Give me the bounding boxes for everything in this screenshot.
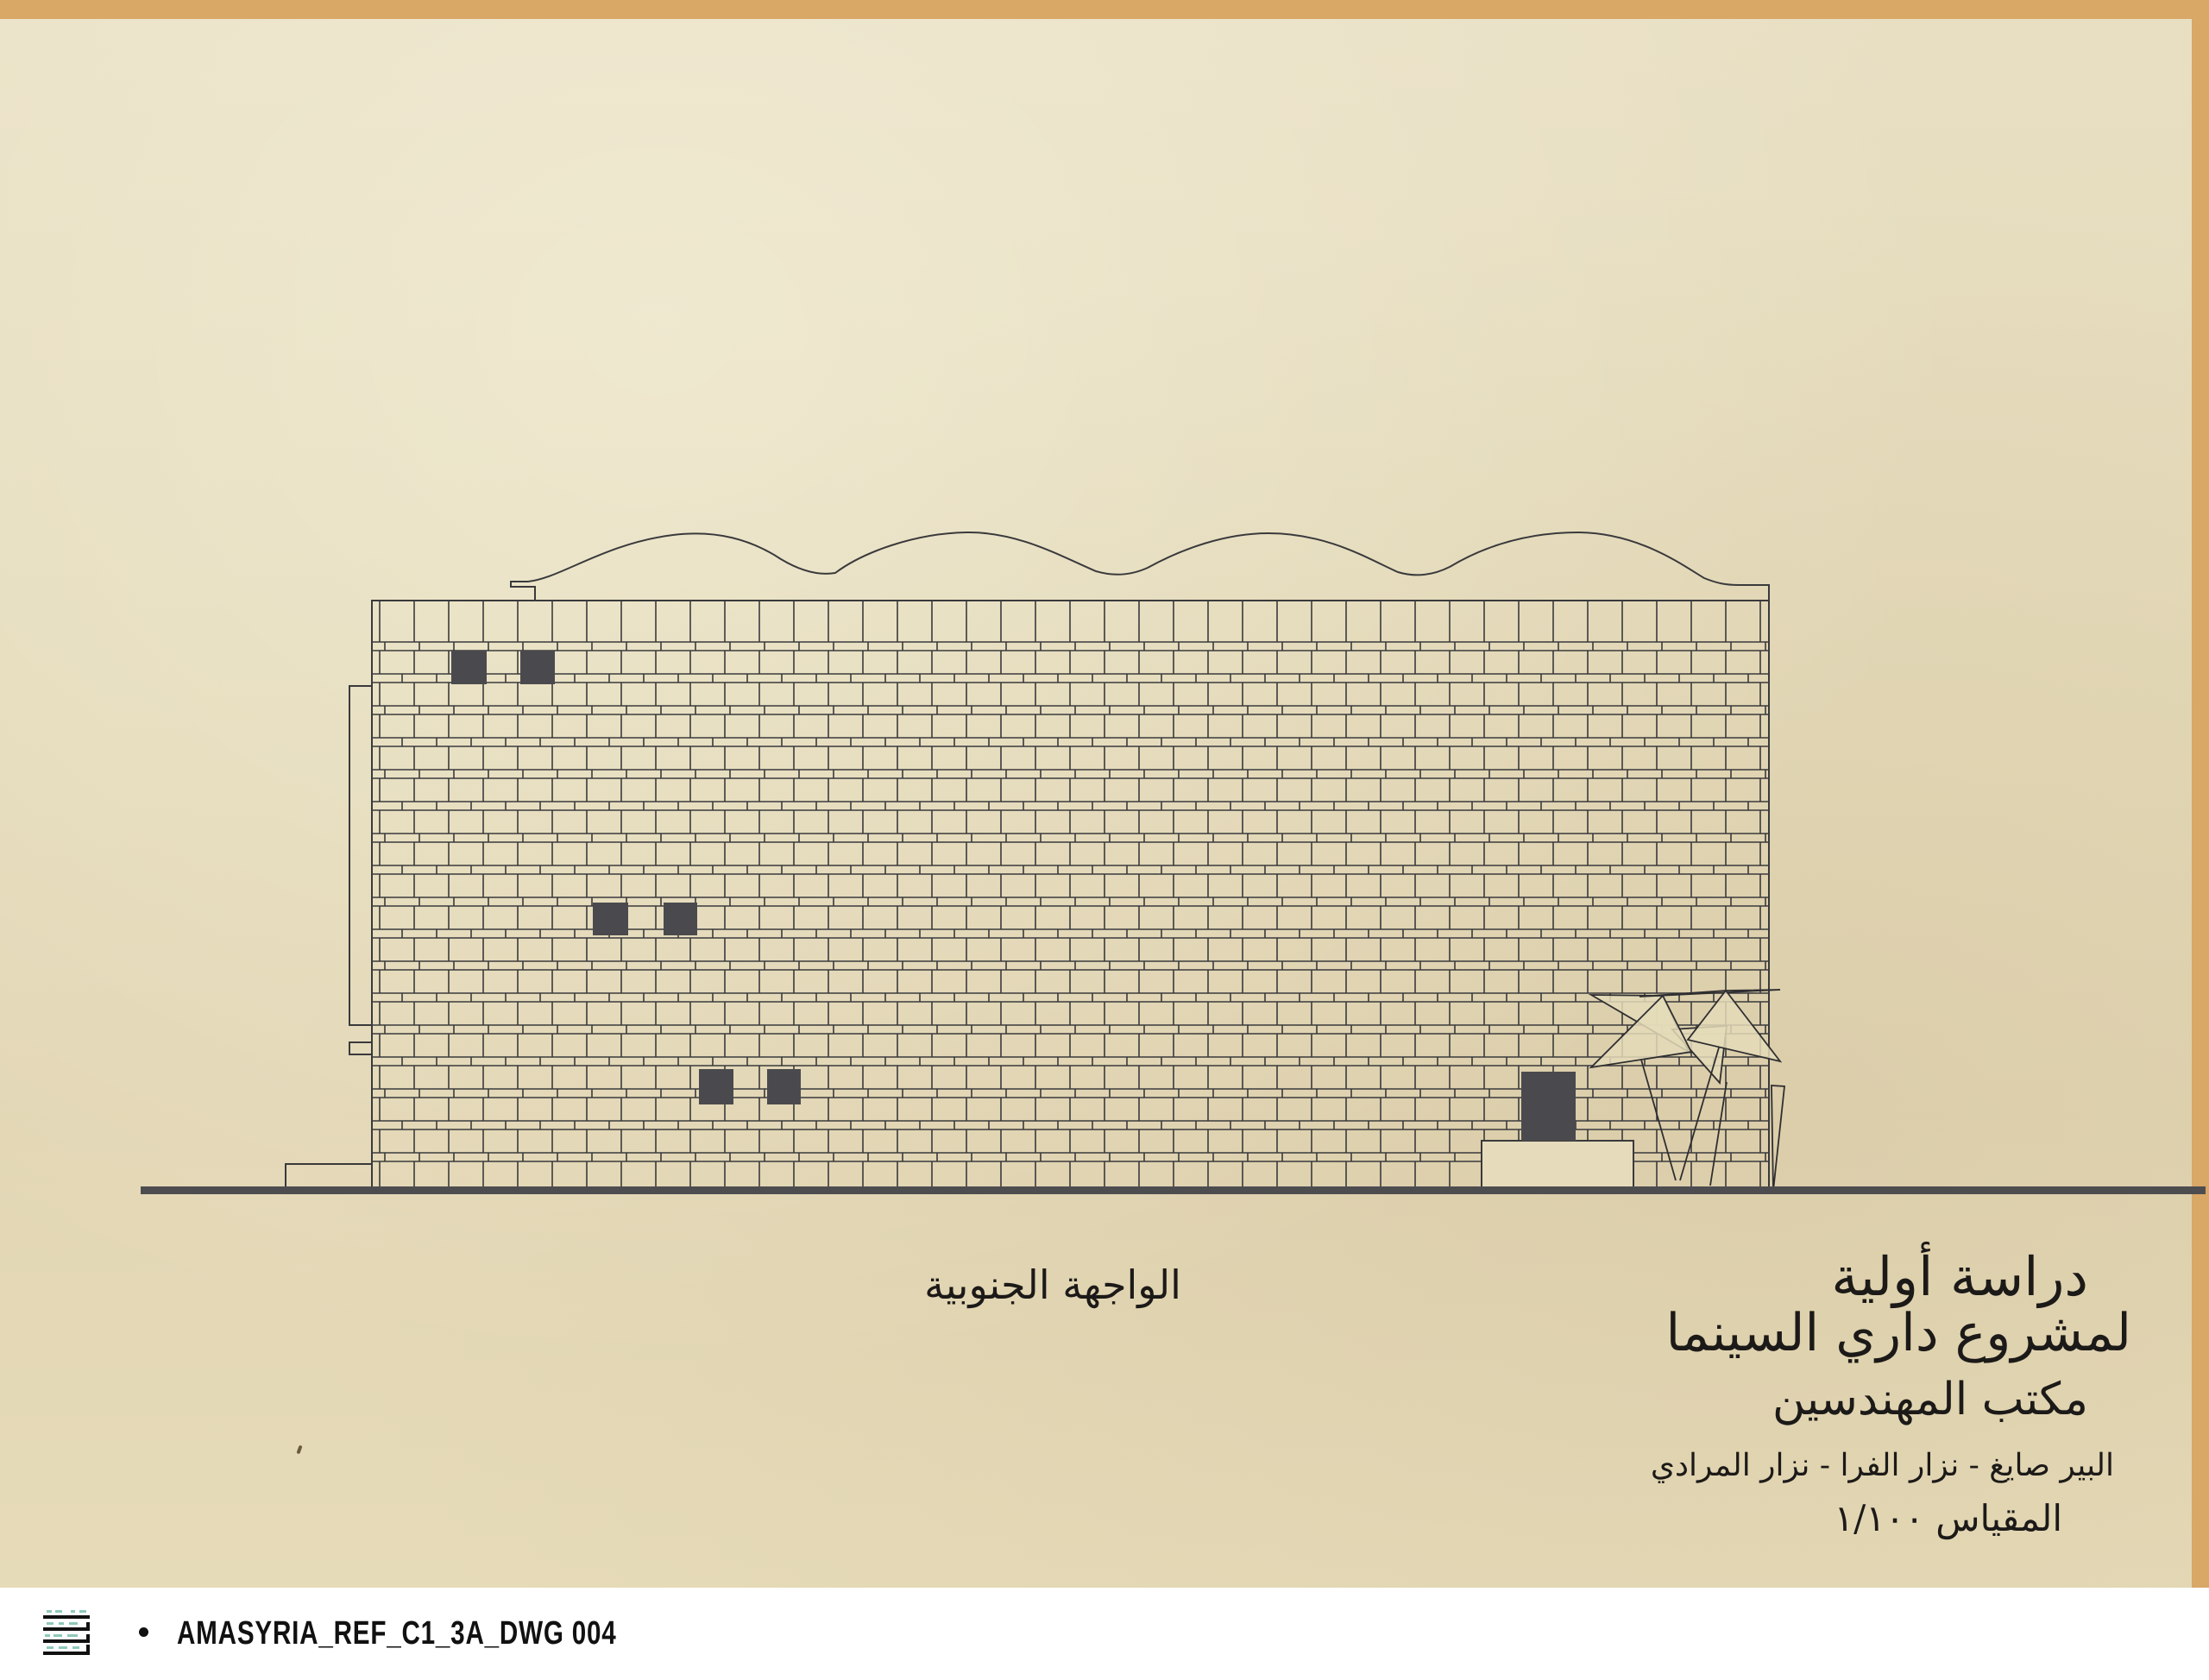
reference-code: AMASYRIA_REF_C1_3A_DWG 004 xyxy=(177,1615,616,1652)
facade-window xyxy=(593,903,628,935)
elevation-title: الواجهة الجنوبية xyxy=(863,1262,1243,1308)
amasyria-logo-icon xyxy=(41,1608,91,1657)
facade-window xyxy=(699,1069,733,1104)
title-block-architects: البير صايغ - نزار الفرا - نزار المرادي xyxy=(1651,1448,2114,1483)
facade-window xyxy=(664,903,697,935)
title-block-study: دراسة أولية xyxy=(1831,1245,2088,1308)
facade-window xyxy=(520,651,555,684)
ground-line xyxy=(141,1186,2206,1194)
title-block-office: مكتب المهندسين xyxy=(1772,1374,2088,1425)
title-block-scale: المقياس ١/١٠٠ xyxy=(1835,1497,2062,1539)
facade-window xyxy=(767,1069,801,1104)
entrance-door xyxy=(1521,1072,1576,1141)
scale-value: ١/١٠٠ xyxy=(1835,1497,1924,1539)
facade-window xyxy=(451,651,487,684)
bullet-separator xyxy=(139,1627,148,1637)
title-block-project: لمشروع داري السينما xyxy=(1665,1303,2131,1363)
entrance-plinth xyxy=(1482,1141,1633,1188)
scale-label: المقياس xyxy=(1935,1497,2062,1539)
